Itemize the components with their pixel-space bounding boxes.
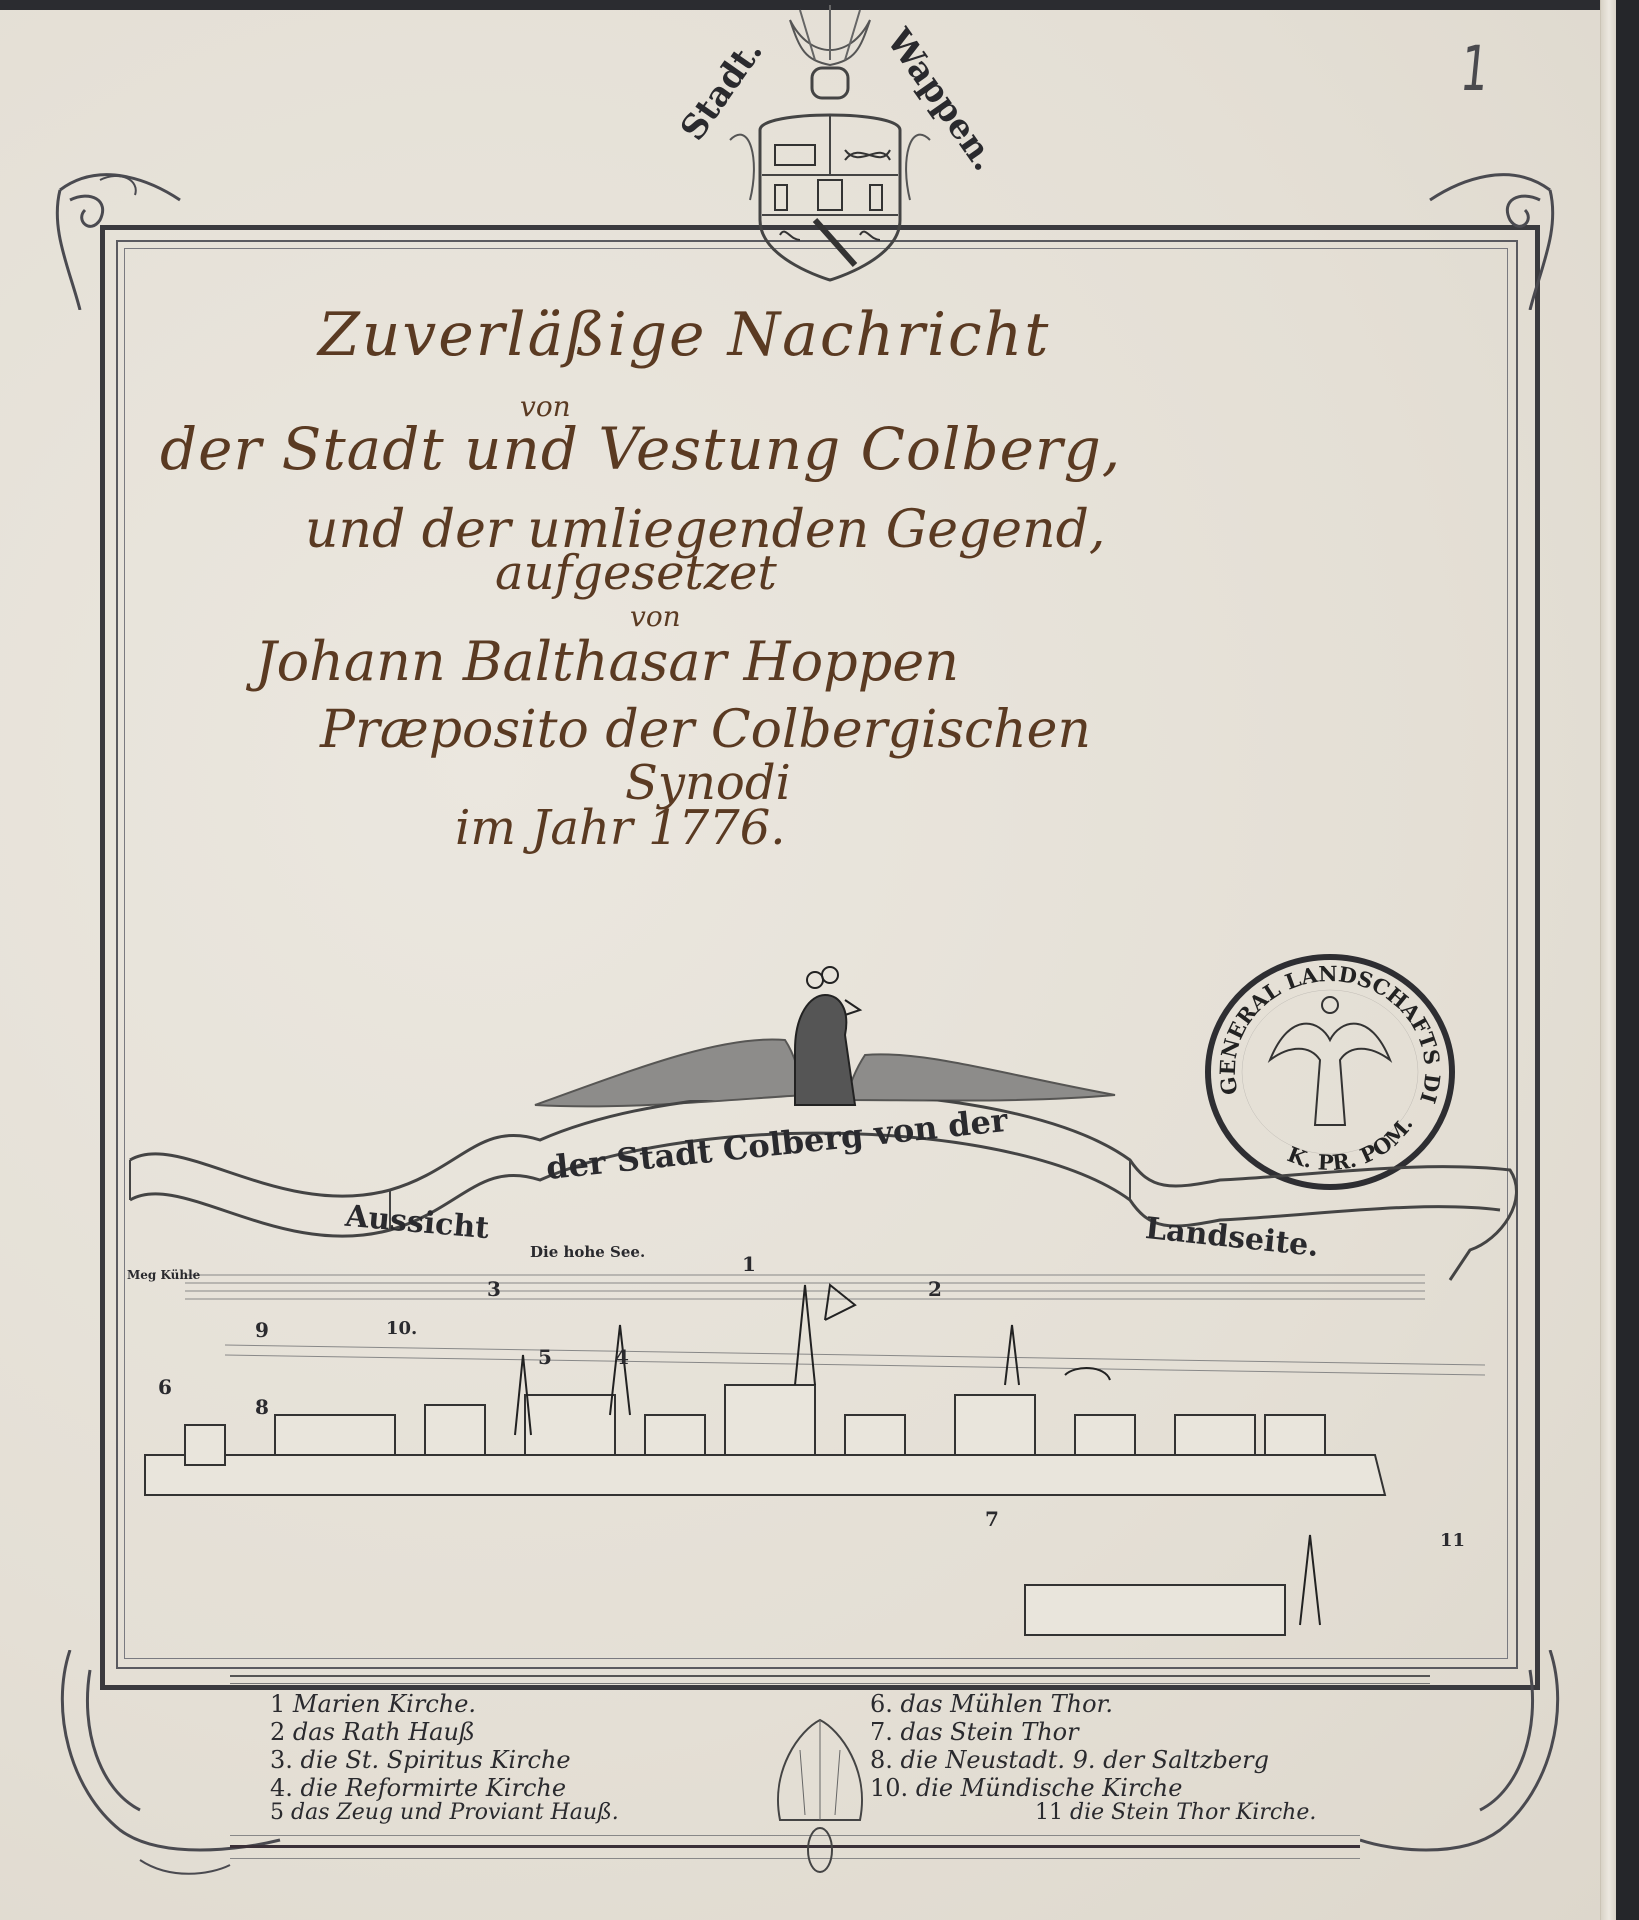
marker-5: 5 bbox=[538, 1345, 552, 1369]
marker-1: 1 bbox=[742, 1252, 756, 1276]
legend-item-6: 6. das Mühlen Thor. bbox=[870, 1690, 1113, 1718]
date-line: im Jahr 1776. bbox=[455, 800, 786, 856]
title-line-4: aufgesetzet bbox=[495, 545, 777, 601]
shell-ornament-icon bbox=[760, 1690, 880, 1880]
legend-item-3: 3. die St. Spiritus Kirche bbox=[270, 1746, 571, 1774]
svg-text:GENERAL LANDSCHAFTS DIRECTION: GENERAL LANDSCHAFTS DIRECTION bbox=[1200, 950, 1445, 1106]
book-binding bbox=[1616, 0, 1639, 1920]
legend-frame-top bbox=[230, 1675, 1430, 1684]
rococo-ornament-bottom-left-icon bbox=[40, 1650, 290, 1900]
author-title: Præposito der Colbergischen bbox=[320, 700, 1091, 760]
marker-8: 8 bbox=[255, 1395, 269, 1419]
author-name: Johann Balthasar Hoppen bbox=[255, 630, 959, 693]
colberg-city-view-drawing bbox=[125, 1265, 1505, 1655]
meg-kuhle-label: Meg Kühle bbox=[127, 1268, 200, 1282]
title-line-1: Zuverläßige Nachricht bbox=[318, 300, 1050, 370]
legend-item-2: 2 das Rath Hauß bbox=[270, 1718, 475, 1746]
page-edge bbox=[1600, 0, 1617, 1920]
rococo-ornament-top-left-icon bbox=[40, 160, 190, 310]
marker-3: 3 bbox=[487, 1277, 501, 1301]
legend-item-11: 11 die Stein Thor Kirche. bbox=[1035, 1800, 1316, 1825]
marker-7: 7 bbox=[985, 1507, 999, 1531]
seal-text-top: GENERAL LANDSCHAFTS DIRECTION bbox=[1200, 950, 1445, 1106]
marker-9: 9 bbox=[255, 1318, 269, 1342]
rococo-ornament-bottom-right-icon bbox=[1360, 1650, 1580, 1900]
title-line-5-superscript: von bbox=[630, 600, 681, 633]
legend-item-1: 1 Marien Kirche. bbox=[270, 1690, 476, 1718]
marker-4: 4 bbox=[615, 1345, 629, 1369]
sea-label: Die hohe See. bbox=[530, 1243, 645, 1261]
marker-10: 10. bbox=[386, 1318, 417, 1339]
rococo-ornament-top-right-icon bbox=[1420, 160, 1570, 310]
legend-item-10: 10. die Mündische Kirche bbox=[870, 1774, 1182, 1802]
legend-item-7: 7. das Stein Thor bbox=[870, 1718, 1079, 1746]
legend-item-5: 5 das Zeug und Proviant Hauß. bbox=[270, 1800, 619, 1825]
legend-item-8-9: 8. die Neustadt. 9. der Saltzberg bbox=[870, 1746, 1269, 1774]
marker-11: 11 bbox=[1440, 1530, 1465, 1551]
title-line-2: der Stadt und Vestung Colberg, bbox=[160, 415, 1121, 483]
marker-6: 6 bbox=[158, 1375, 172, 1399]
marker-2: 2 bbox=[928, 1277, 942, 1301]
legend-item-4: 4. die Reformirte Kirche bbox=[270, 1774, 566, 1802]
